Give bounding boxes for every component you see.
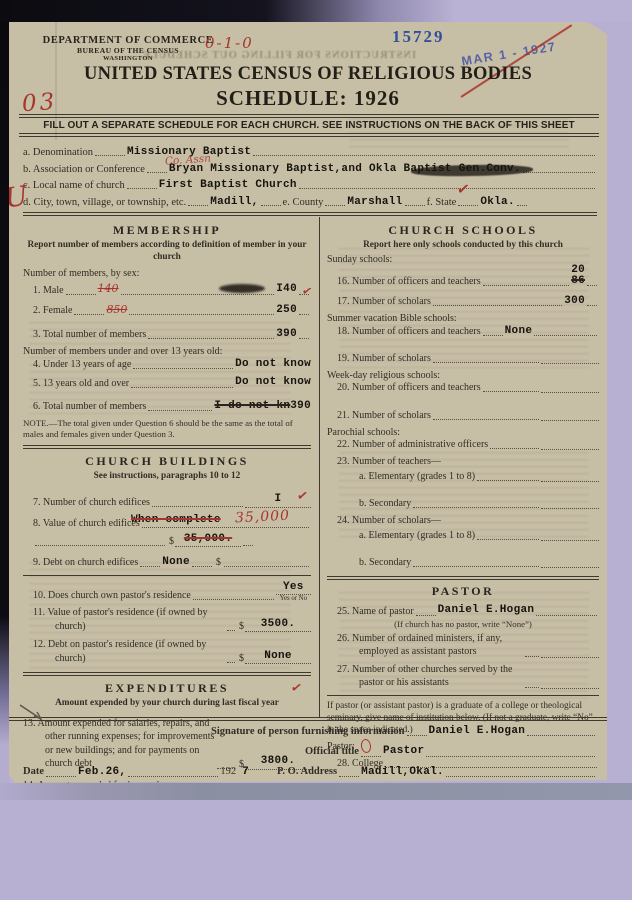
q24b-row: b. Secondary — [327, 556, 599, 569]
pastor-heading: PASTOR — [327, 584, 599, 599]
dotted-leader — [152, 505, 243, 507]
dotted-leader — [413, 506, 539, 508]
q22-label: 22. Number of administrative officers — [337, 438, 488, 451]
dotted-leader — [446, 775, 595, 777]
q18-value: None — [505, 324, 533, 338]
q11-answer-box: 3500. — [245, 617, 311, 632]
q8-amount-row: $ 35,000. — [33, 532, 311, 548]
dotted-leader — [325, 204, 345, 206]
rule — [23, 445, 311, 449]
q7-edifices-row: 7. Number of church edifices I — [23, 492, 311, 508]
red-code-annotation: 0-1-0 — [205, 34, 254, 52]
dollar-sign: $ — [239, 620, 244, 633]
q25-row: 25. Name of pastor Daniel E.Hogan — [327, 603, 599, 617]
denomination-label: a. Denomination — [23, 147, 93, 158]
dotted-leader — [193, 598, 274, 600]
q8-value-block: 8. Value of church edifices When complet… — [23, 517, 311, 548]
dotted-leader — [477, 479, 539, 481]
dotted-leader — [405, 204, 425, 206]
red-association-note: Co. Assn — [165, 152, 212, 167]
q9-debt-row: 9. Debt on church edifices None $ — [23, 555, 311, 569]
dotted-leader — [534, 334, 597, 336]
dotted-leader — [131, 386, 233, 388]
q27-answer-box — [541, 688, 599, 689]
q1-male-row: 1. Male 140 I40 — [23, 282, 311, 296]
q1-label: 1. Male — [33, 284, 64, 297]
photo-background-bottom — [0, 783, 632, 800]
q6-struck-text: I do not kn — [214, 399, 290, 413]
q19-label: 19. Number of scholars — [337, 352, 431, 365]
church-name-row: c. Local name of church First Baptist Ch… — [23, 179, 597, 191]
dotted-leader — [458, 204, 478, 206]
schools-subheading: Report here only schools conducted by th… — [327, 240, 599, 252]
date-address-row: Date Feb.26, 192 7 P. O. Address Madill,… — [23, 765, 597, 779]
q6-label: 6. Total number of members — [33, 400, 146, 413]
dotted-leader — [121, 293, 275, 295]
q12-answer-box: None — [245, 649, 311, 664]
rule — [23, 212, 597, 216]
q10-hint: Yes or No — [276, 594, 311, 602]
dotted-leader — [490, 447, 539, 449]
dotted-leader — [477, 538, 539, 540]
q23-row: 23. Number of teachers— — [327, 455, 599, 468]
department-name: DEPARTMENT OF COMMERCE — [33, 35, 223, 46]
dotted-leader — [35, 544, 165, 546]
dotted-leader — [587, 284, 597, 286]
dotted-leader — [483, 284, 570, 286]
column-divider — [319, 217, 320, 717]
dotted-leader — [361, 755, 381, 757]
q1-value: I40 — [276, 282, 297, 296]
signature-label: Signature of person furnishing informati… — [211, 725, 405, 739]
expenditures-subheading: Amount expended by your church during la… — [23, 698, 311, 710]
banner-text: FILL OUT A SEPARATE SCHEDULE FOR EACH CH… — [19, 118, 599, 133]
q4-under13-row: 4. Under 13 years of age Do not know — [23, 357, 311, 371]
q26-answer-box — [541, 657, 599, 658]
dotted-leader — [227, 661, 235, 663]
rule — [23, 575, 311, 576]
q19-row: 19. Number of scholars — [327, 352, 599, 365]
q8-struck-typed-text: When complete — [131, 514, 221, 526]
q11-residence-value-row: 11. Value of pastor's residence (if owne… — [23, 606, 311, 633]
bleed-through-text: INSTRUCTIONS FOR FILLING OUT SCHEDULE — [137, 50, 421, 61]
q24-label: 24. Number of scholars— — [337, 514, 441, 527]
dollar-sign: $ — [216, 556, 221, 569]
q3-value: 390 — [276, 327, 297, 341]
q5-over13-row: 5. 13 years old and over Do not know — [23, 375, 311, 389]
q4-label: 4. Under 13 years of age — [33, 358, 131, 371]
q11-value: 3500. — [261, 618, 296, 630]
dotted-leader — [587, 304, 597, 306]
q23-label: 23. Number of teachers— — [337, 455, 441, 468]
q7-label: 7. Number of church edifices — [33, 496, 150, 509]
dotted-leader — [243, 544, 253, 546]
dotted-leader — [140, 565, 160, 567]
dotted-leader — [133, 367, 233, 369]
q24a-row: a. Elementary (grades 1 to 8) — [327, 529, 599, 542]
state-label: f. State — [427, 197, 457, 208]
dotted-leader — [523, 171, 595, 173]
dotted-leader — [227, 629, 235, 631]
dotted-leader — [95, 154, 125, 156]
po-address-value: Madill,Okal. — [361, 765, 444, 779]
summer-schools-label: Summer vacation Bible schools: — [327, 313, 599, 324]
photo-background-left — [0, 22, 9, 783]
q21-label: 21. Number of scholars — [337, 409, 431, 422]
q5-label: 5. 13 years old and over — [33, 377, 129, 390]
q3-total-row: 3. Total number of members 390 — [23, 327, 311, 341]
membership-subheading: Report number of members according to de… — [23, 240, 311, 263]
q6-value: 390 — [290, 399, 311, 413]
q24b-label: b. Secondary — [359, 556, 411, 569]
q18-row: 18. Number of officers and teachers None — [327, 324, 599, 338]
q27-label: 27. Number of other churches served by t… — [337, 663, 523, 690]
q10-label: 10. Does church own pastor's residence — [33, 589, 191, 602]
signature-value: Daniel E.Hogan — [429, 724, 526, 738]
q8-red-handwritten-value: 35,000 — [235, 507, 291, 526]
left-column: MEMBERSHIP Report number of members acco… — [23, 217, 311, 800]
q22-row: 22. Number of administrative officers — [327, 438, 599, 451]
dotted-leader — [525, 686, 539, 688]
q9-value: None — [162, 555, 190, 569]
q9-label: 9. Debt on church edifices — [33, 556, 138, 569]
right-column: CHURCH SCHOOLS Report here only schools … — [327, 217, 599, 800]
year-digit: 7 — [242, 765, 249, 779]
q2-label: 2. Female — [33, 304, 72, 317]
schools-heading: CHURCH SCHOOLS — [327, 223, 599, 238]
q10-value: Yes — [283, 582, 304, 594]
dotted-leader — [127, 187, 157, 189]
dotted-leader — [339, 775, 359, 777]
q16-struck-value: 86 — [571, 276, 585, 288]
q23a-row: a. Elementary (grades 1 to 8) — [327, 470, 599, 483]
identification-block: a. Denomination Missionary Baptist b. As… — [23, 146, 597, 216]
dotted-leader — [192, 565, 212, 567]
church-name-label: c. Local name of church — [23, 180, 125, 191]
signature-row: Signature of person furnishing informati… — [23, 724, 597, 738]
dotted-leader — [536, 614, 597, 616]
city-value: Madill, — [210, 196, 258, 208]
state-value: Okla. — [480, 196, 515, 208]
red-checkmark: ✓ — [456, 179, 471, 200]
dotted-leader — [426, 755, 595, 757]
official-title-label: Official title — [305, 745, 359, 759]
census-schedule-document: DEPARTMENT OF COMMERCE BUREAU OF THE CEN… — [9, 22, 607, 783]
dotted-leader — [147, 171, 167, 173]
dollar-sign: $ — [239, 652, 244, 665]
rule — [23, 672, 311, 676]
denomination-row: a. Denomination Missionary Baptist — [23, 146, 597, 158]
form-subtitle: SCHEDULE: 1926 — [9, 86, 607, 111]
q8-label: 8. Value of church edifices — [33, 517, 140, 530]
q7-value: I — [275, 493, 282, 505]
church-name-value: First Baptist Church — [159, 179, 297, 191]
dotted-leader — [224, 565, 309, 567]
q20-label: 20. Number of officers and teachers — [337, 381, 481, 394]
members-by-sex-group-label: Number of members, by sex: — [23, 268, 311, 279]
q11-label: 11. Value of pastor's residence (if owne… — [33, 606, 225, 633]
signature-block: Signature of person furnishing informati… — [23, 724, 597, 790]
parochial-schools-label: Parochial schools: — [327, 427, 599, 438]
q10-residence-row: 10. Does church own pastor's residence Y… — [23, 582, 311, 602]
dotted-leader — [66, 293, 96, 295]
dotted-leader — [148, 337, 274, 339]
dotted-leader — [299, 187, 595, 189]
dotted-leader — [433, 418, 539, 420]
q6-total-row: 6. Total number of members I do not kn 3… — [23, 399, 311, 413]
q20-row: 20. Number of officers and teachers — [327, 381, 599, 394]
q19-answer-box — [541, 363, 599, 364]
q18-label: 18. Number of officers and teachers — [337, 325, 481, 338]
q12-label: 12. Debt on pastor's residence (if owned… — [33, 638, 225, 665]
q23b-label: b. Secondary — [359, 497, 411, 510]
q8-answer-box: 35,000. — [175, 532, 241, 547]
membership-heading: MEMBERSHIP — [23, 223, 311, 238]
dotted-leader — [129, 313, 274, 315]
q3-label: 3. Total number of members — [33, 328, 146, 341]
dotted-leader — [46, 775, 76, 777]
q17-label: 17. Number of scholars — [337, 295, 431, 308]
dotted-leader — [128, 775, 218, 777]
weekday-schools-label: Week-day religious schools: — [327, 370, 599, 381]
dotted-leader — [188, 204, 208, 206]
q25-value: Daniel E.Hogan — [438, 603, 535, 617]
q21-answer-box — [541, 420, 599, 421]
q10-answer: Yes Yes or No — [276, 582, 311, 602]
q12-value: None — [264, 650, 292, 662]
q27-row: 27. Number of other churches served by t… — [327, 663, 599, 690]
dotted-leader — [407, 734, 427, 736]
q12-residence-debt-row: 12. Debt on pastor's residence (if owned… — [23, 638, 311, 665]
dotted-leader — [416, 614, 436, 616]
rule — [327, 695, 599, 696]
rule — [19, 133, 599, 137]
dollar-sign: $ — [169, 535, 174, 548]
po-address-label: P. O. Address — [277, 765, 337, 779]
dotted-leader — [74, 313, 104, 315]
dotted-leader — [483, 390, 539, 392]
q21-row: 21. Number of scholars — [327, 409, 599, 422]
county-value: Marshall — [347, 196, 402, 208]
q4-value: Do not know — [235, 357, 311, 371]
membership-note: NOTE.—The total given under Question 6 s… — [23, 418, 311, 441]
location-row: d. City, town, village, or township, etc… — [23, 196, 597, 208]
q8-struck-amount: 35,000. — [184, 533, 232, 545]
q25-label: 25. Name of pastor — [337, 605, 414, 618]
q24a-answer-box — [541, 540, 599, 541]
q2-female-row: 2. Female 850 250 — [23, 303, 311, 317]
buildings-subheading: See instructions, paragraphs 10 to 12 — [23, 471, 311, 483]
dotted-leader — [413, 565, 539, 567]
q16-row: 16. Number of officers and teachers 20 8… — [327, 265, 599, 288]
form-title: UNITED STATES CENSUS OF RELIGIOUS BODIES — [9, 64, 607, 85]
dotted-leader — [433, 304, 562, 306]
sunday-schools-label: Sunday schools: — [327, 254, 599, 265]
expenditures-heading: EXPENDITURES — [23, 681, 311, 696]
buildings-heading: CHURCH BUILDINGS — [23, 454, 311, 469]
instruction-banner: FILL OUT A SEPARATE SCHEDULE FOR EACH CH… — [19, 114, 599, 137]
dotted-leader — [148, 409, 212, 411]
q26-label: 26. Number of ordained ministers, if any… — [337, 632, 523, 659]
city-label: d. City, town, village, or township, etc… — [23, 197, 186, 208]
photo-background-top — [0, 0, 632, 22]
dotted-leader — [525, 655, 539, 657]
q20-answer-box — [541, 392, 599, 393]
members-by-age-group-label: Number of members under and over 13 year… — [23, 346, 311, 357]
date-value: Feb.26, — [78, 765, 126, 779]
q23a-label: a. Elementary (grades 1 to 8) — [359, 470, 475, 483]
dotted-leader — [299, 313, 309, 315]
red-checkmark: ✓ — [300, 283, 313, 300]
q24-row: 24. Number of scholars— — [327, 514, 599, 527]
official-title-value: Pastor — [383, 744, 424, 758]
q2-value: 250 — [276, 303, 297, 317]
q2-red-struck-value: 850 — [106, 303, 127, 317]
dotted-leader — [261, 204, 281, 206]
q26-row: 26. Number of ordained ministers, if any… — [327, 632, 599, 659]
q17-value: 300 — [564, 294, 585, 308]
q16-answer: 20 86 — [571, 265, 585, 288]
q22-answer-box — [541, 449, 599, 450]
q23b-answer-box — [541, 508, 599, 509]
rule — [327, 576, 599, 580]
dotted-leader — [253, 154, 595, 156]
date-label: Date — [23, 765, 44, 779]
q24a-label: a. Elementary (grades 1 to 8) — [359, 529, 475, 542]
pencil-arrow-mark — [17, 702, 49, 726]
dotted-leader — [299, 337, 309, 339]
serial-number-stamp: 15729 — [392, 27, 445, 47]
q5-value: Do not know — [235, 375, 311, 389]
county-label: e. County — [283, 197, 324, 208]
dotted-leader — [527, 734, 595, 736]
association-label: b. Association or Conference — [23, 164, 145, 175]
q23b-row: b. Secondary — [327, 497, 599, 510]
dotted-leader — [517, 204, 527, 206]
official-title-row: Official title Pastor — [23, 744, 597, 758]
q1-red-struck-value: 140 — [98, 282, 119, 296]
dotted-leader — [142, 526, 309, 528]
rule — [9, 717, 607, 721]
q17-row: 17. Number of scholars 300 — [327, 294, 599, 308]
q16-label: 16. Number of officers and teachers — [337, 275, 481, 288]
dotted-leader — [483, 334, 503, 336]
q24b-answer-box — [541, 567, 599, 568]
q23a-answer-box — [541, 481, 599, 482]
association-row: b. Association or Conference Bryan Missi… — [23, 163, 597, 175]
q25-hint: (If church has no pastor, write “None”) — [327, 619, 599, 629]
year-prefix: 192 — [220, 765, 236, 779]
dotted-leader — [433, 361, 539, 363]
